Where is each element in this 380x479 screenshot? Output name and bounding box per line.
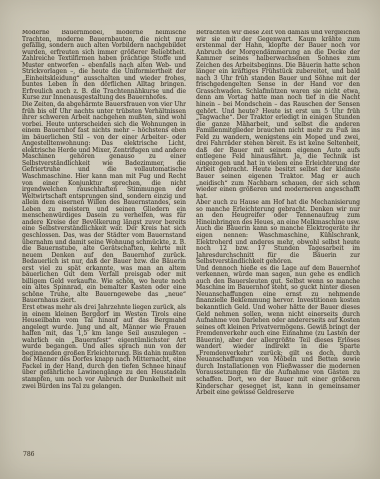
- text-column-right: Betrachten wir diese Zeit von damals und…: [196, 30, 360, 452]
- paragraph: Betrachten wir diese Zeit von damals und…: [196, 30, 360, 200]
- book-page: Moderne Bauernmöbel, moderne heimische T…: [0, 0, 380, 479]
- text-column-left: Moderne Bauernmöbel, moderne heimische T…: [22, 30, 186, 452]
- page-number: 786: [23, 451, 34, 458]
- paragraph: Und dennoch hieße es die Lage auf dem Ba…: [196, 266, 360, 397]
- paragraph: Erst etwas mehr als drei Jahrzehnte lieg…: [22, 305, 186, 390]
- paragraph: Aber auch zu Hause am Hof hat die Mechan…: [196, 200, 360, 265]
- paragraph: Moderne Bauernmöbel, moderne heimische T…: [22, 30, 186, 102]
- paragraph: Die Zeiten, da abgehärmte Bauersfrauen v…: [22, 102, 186, 305]
